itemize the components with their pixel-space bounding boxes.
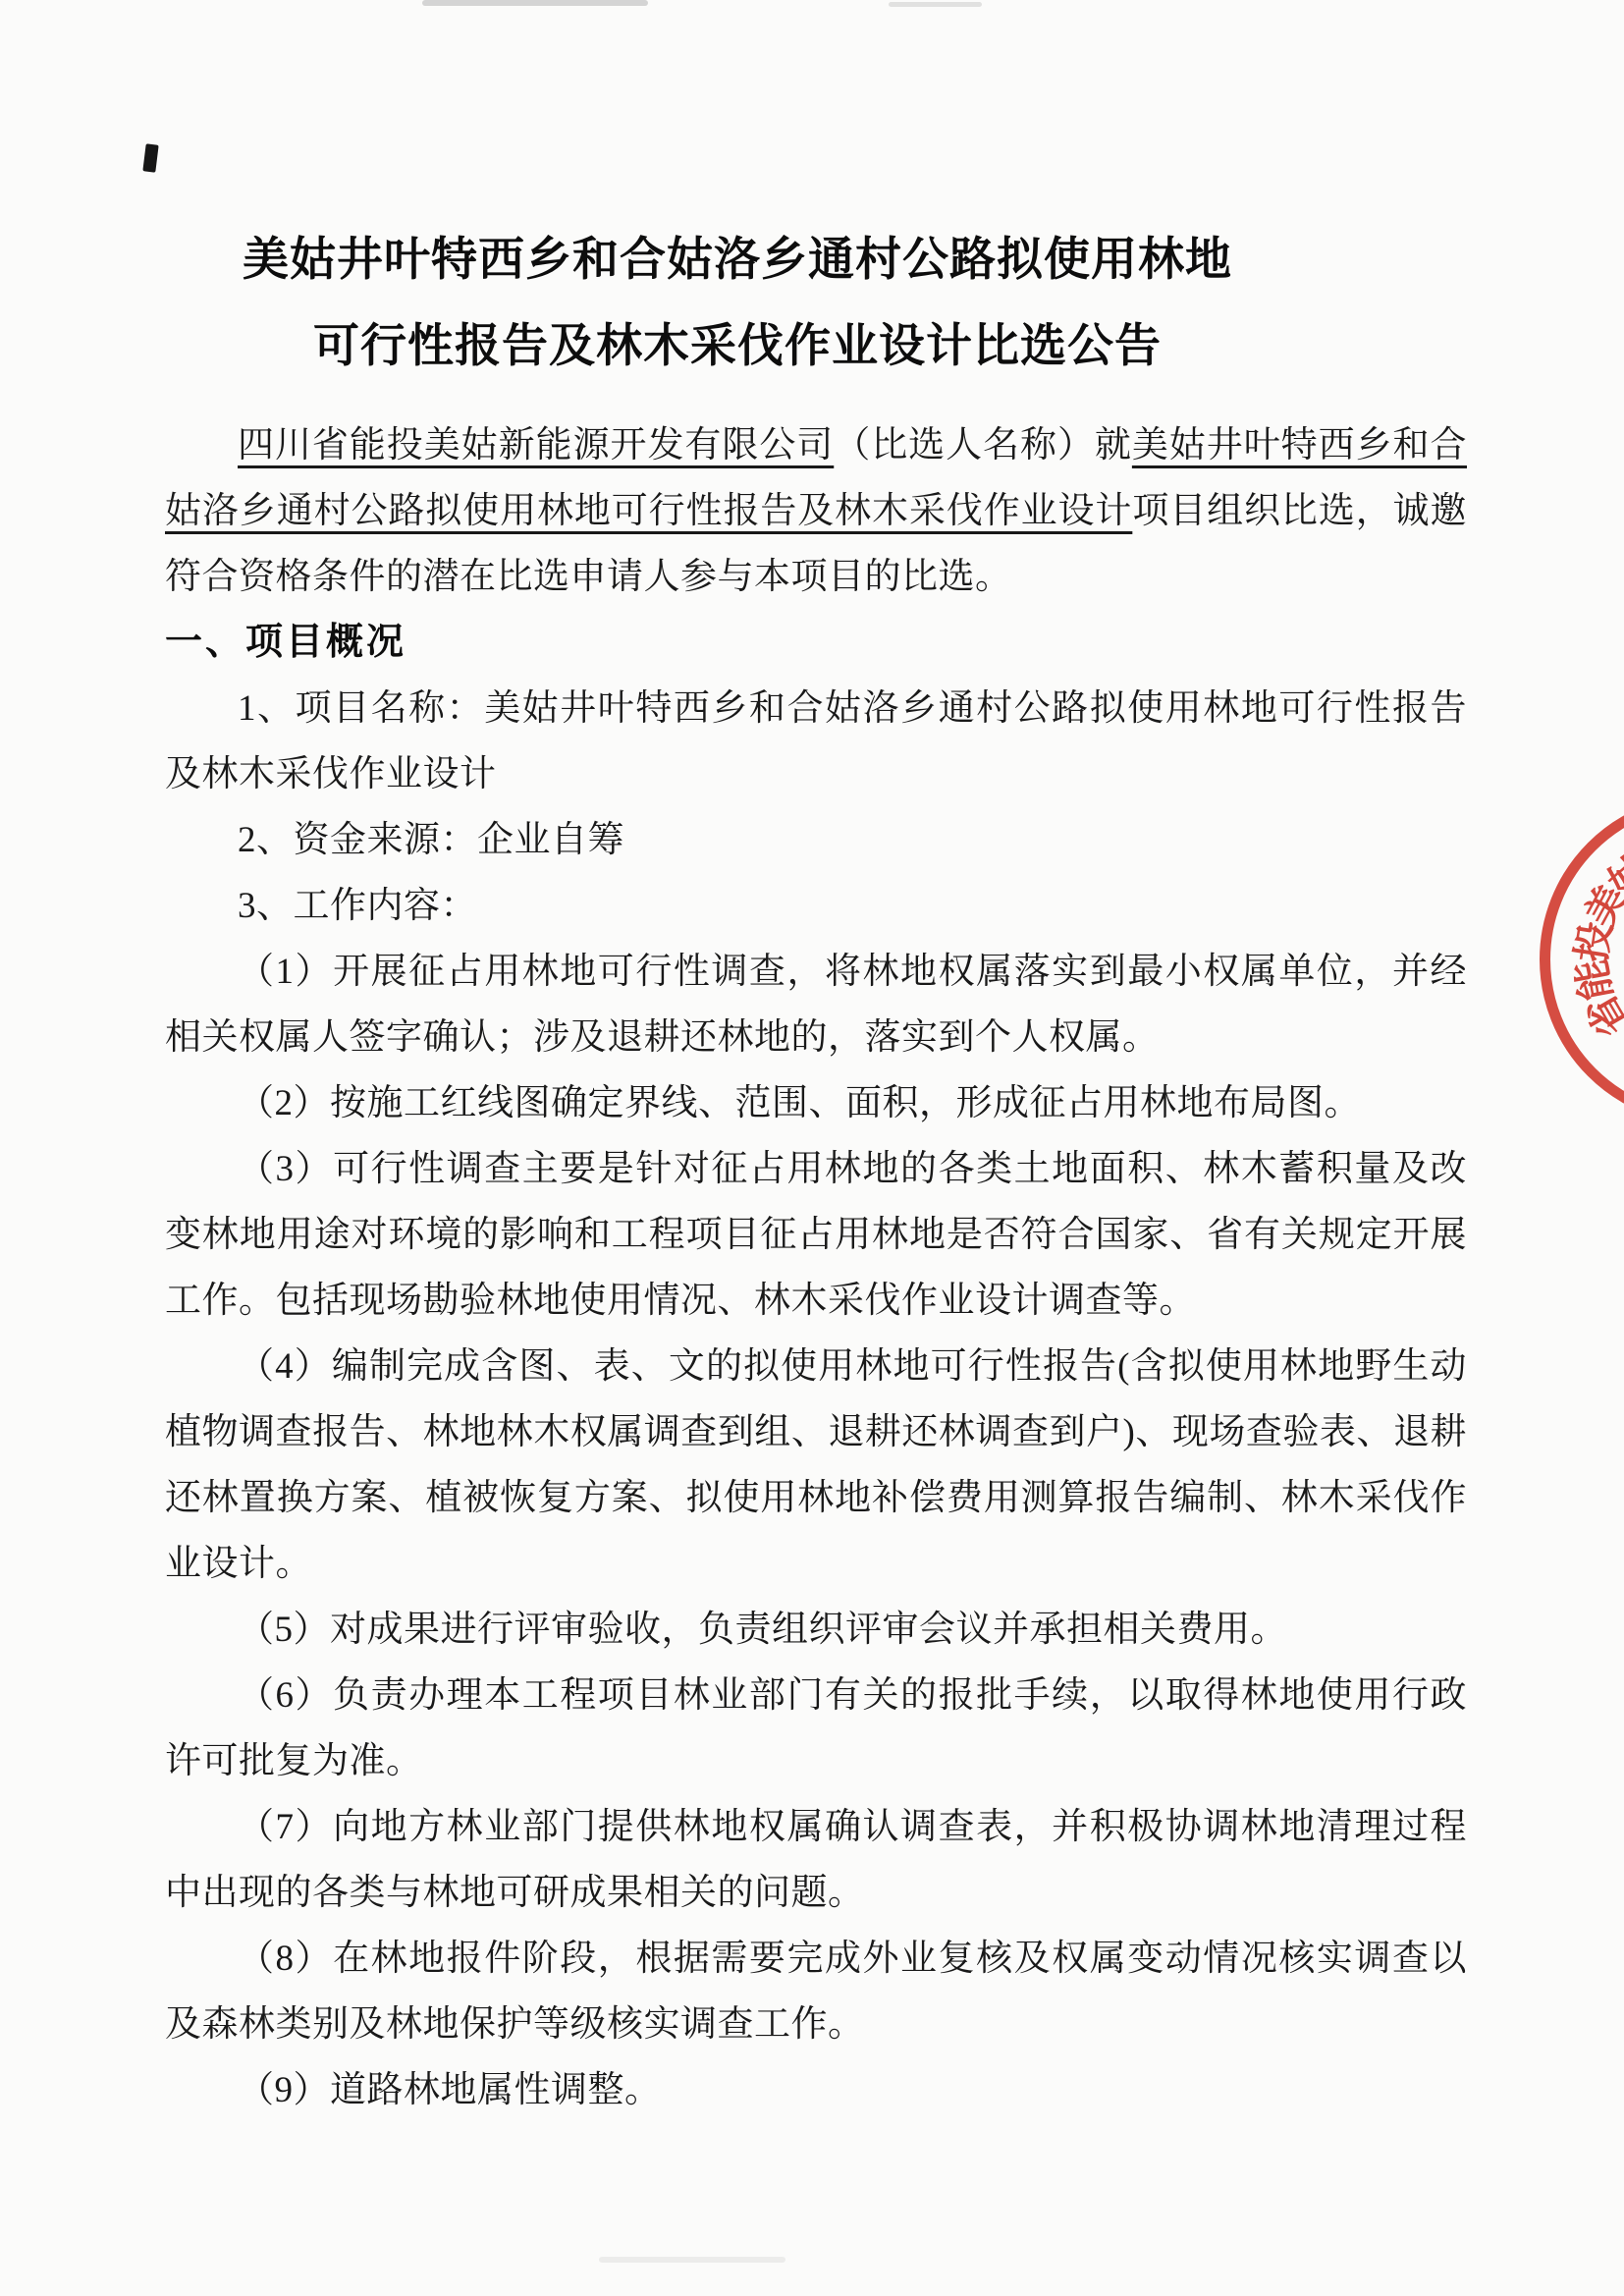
list-item-task-9: （9）道路林地属性调整。 bbox=[165, 2057, 1467, 2123]
list-item-task-5: （5）对成果进行评审验收，负责组织评审会议并承担相关费用。 bbox=[165, 1597, 1467, 1663]
list-item-task-3: （3）可行性调查主要是针对征占用林地的各类土地面积、林木蓄积量及改变林地用途对环… bbox=[165, 1136, 1467, 1334]
list-item-funding-source: 2、资金来源：企业自筹 bbox=[165, 807, 1467, 873]
document-title-line2: 可行性报告及林木采伐作业设计比选公告 bbox=[86, 316, 1388, 377]
plain-text: （比选人名称）就 bbox=[834, 425, 1132, 465]
document-page: 美姑井叶特西乡和合姑洛乡通村公路拟使用林地 可行性报告及林木采伐作业设计比选公告… bbox=[0, 0, 1624, 2296]
list-item-project-name: 1、项目名称：美姑井叶特西乡和合姑洛乡通村公路拟使用林地可行性报告及林木采伐作业… bbox=[165, 676, 1467, 807]
intro-paragraph: 四川省能投美姑新能源开发有限公司（比选人名称）就美姑井叶特西乡和合姑洛乡通村公路… bbox=[165, 412, 1467, 610]
list-item-work-content: 3、工作内容： bbox=[165, 873, 1467, 939]
underlined-text: 四川省能投美姑新能源开发有限公司 bbox=[238, 425, 834, 465]
document-body: 美姑井叶特西乡和合姑洛乡通村公路拟使用林地 可行性报告及林木采伐作业设计比选公告… bbox=[165, 0, 1467, 2123]
document-title-line1: 美姑井叶特西乡和合姑洛乡通村公路拟使用林地 bbox=[86, 230, 1388, 291]
list-item-task-2: （2）按施工红线图确定界线、范围、面积，形成征占用林地布局图。 bbox=[165, 1070, 1467, 1136]
scan-artifact bbox=[599, 2257, 785, 2263]
section-heading-project-overview: 一、项目概况 bbox=[165, 610, 1467, 676]
list-item-task-8: （8）在林地报件阶段，根据需要完成外业复核及权属变动情况核实调查以及森林类别及林… bbox=[165, 1926, 1467, 2057]
list-item-task-1: （1）开展征占用林地可行性调查，将林地权属落实到最小权属单位，并经相关权属人签字… bbox=[165, 939, 1467, 1070]
scan-artifact bbox=[142, 143, 158, 172]
list-item-task-7: （7）向地方林业部门提供林地权属确认调查表，并积极协调林地清理过程中出现的各类与… bbox=[165, 1794, 1467, 1926]
list-item-task-6: （6）负责办理本工程项目林业部门有关的报批手续，以取得林地使用行政许可批复为准。 bbox=[165, 1663, 1467, 1794]
list-item-task-4: （4）编制完成含图、表、文的拟使用林地可行性报告(含拟使用林地野生动植物调查报告… bbox=[165, 1334, 1467, 1597]
title-block: 美姑井叶特西乡和合姑洛乡通村公路拟使用林地 可行性报告及林木采伐作业设计比选公告 bbox=[86, 230, 1388, 377]
